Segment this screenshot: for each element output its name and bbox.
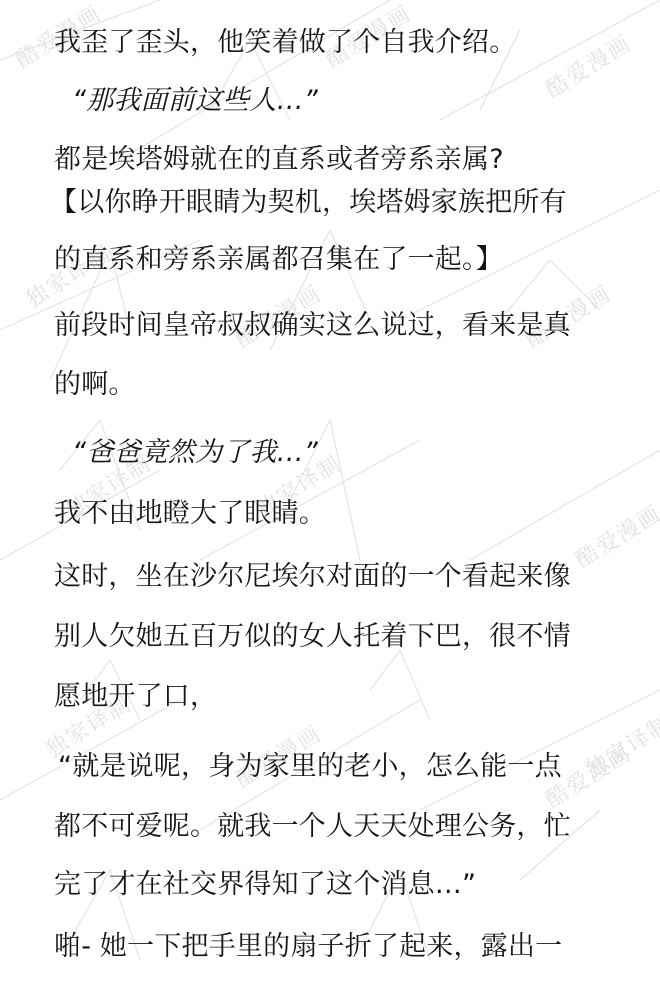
paragraph-line: 愿地开了口，	[54, 680, 217, 714]
paragraph-line: 我歪了歪头，他笑着做了个自我介绍。	[54, 26, 516, 60]
dialogue-line: 完了才在社交界得知了这个消息…”	[54, 868, 476, 902]
paragraph-line: 别人欠她五百万似的女人托着下巴，很不情	[54, 620, 571, 654]
dialogue-line: “那我面前这些人…”	[72, 84, 318, 118]
document-body: 我歪了歪头，他笑着做了个自我介绍。 “那我面前这些人…” 都是埃塔姆就在的直系或…	[0, 0, 660, 981]
paragraph-line: 啪- 她一下把手里的扇子折了起来，露出一	[54, 930, 562, 964]
paragraph-line: 前段时间皇帝叔叔确实这么说过，看来是真	[54, 309, 571, 343]
system-message-line: 【以你睁开眼睛为契机，埃塔姆家族把所有	[50, 186, 567, 220]
paragraph-line: 的啊。	[54, 368, 136, 402]
paragraph-line: 这时，坐在沙尔尼埃尔对面的一个看起来像	[54, 560, 571, 594]
dialogue-line: 都不可爱呢。就我一个人天天处理公务，忙	[54, 810, 571, 844]
dialogue-line: “就是说呢，身为家里的老小，怎么能一点	[58, 750, 562, 784]
dialogue-line: “爸爸竟然为了我…”	[72, 436, 318, 470]
paragraph-line: 都是埃塔姆就在的直系或者旁系亲属?	[54, 143, 504, 177]
system-message-line: 的直系和旁系亲属都召集在了一起。】	[54, 243, 503, 277]
paragraph-line: 我不由地瞪大了眼睛。	[54, 497, 326, 531]
